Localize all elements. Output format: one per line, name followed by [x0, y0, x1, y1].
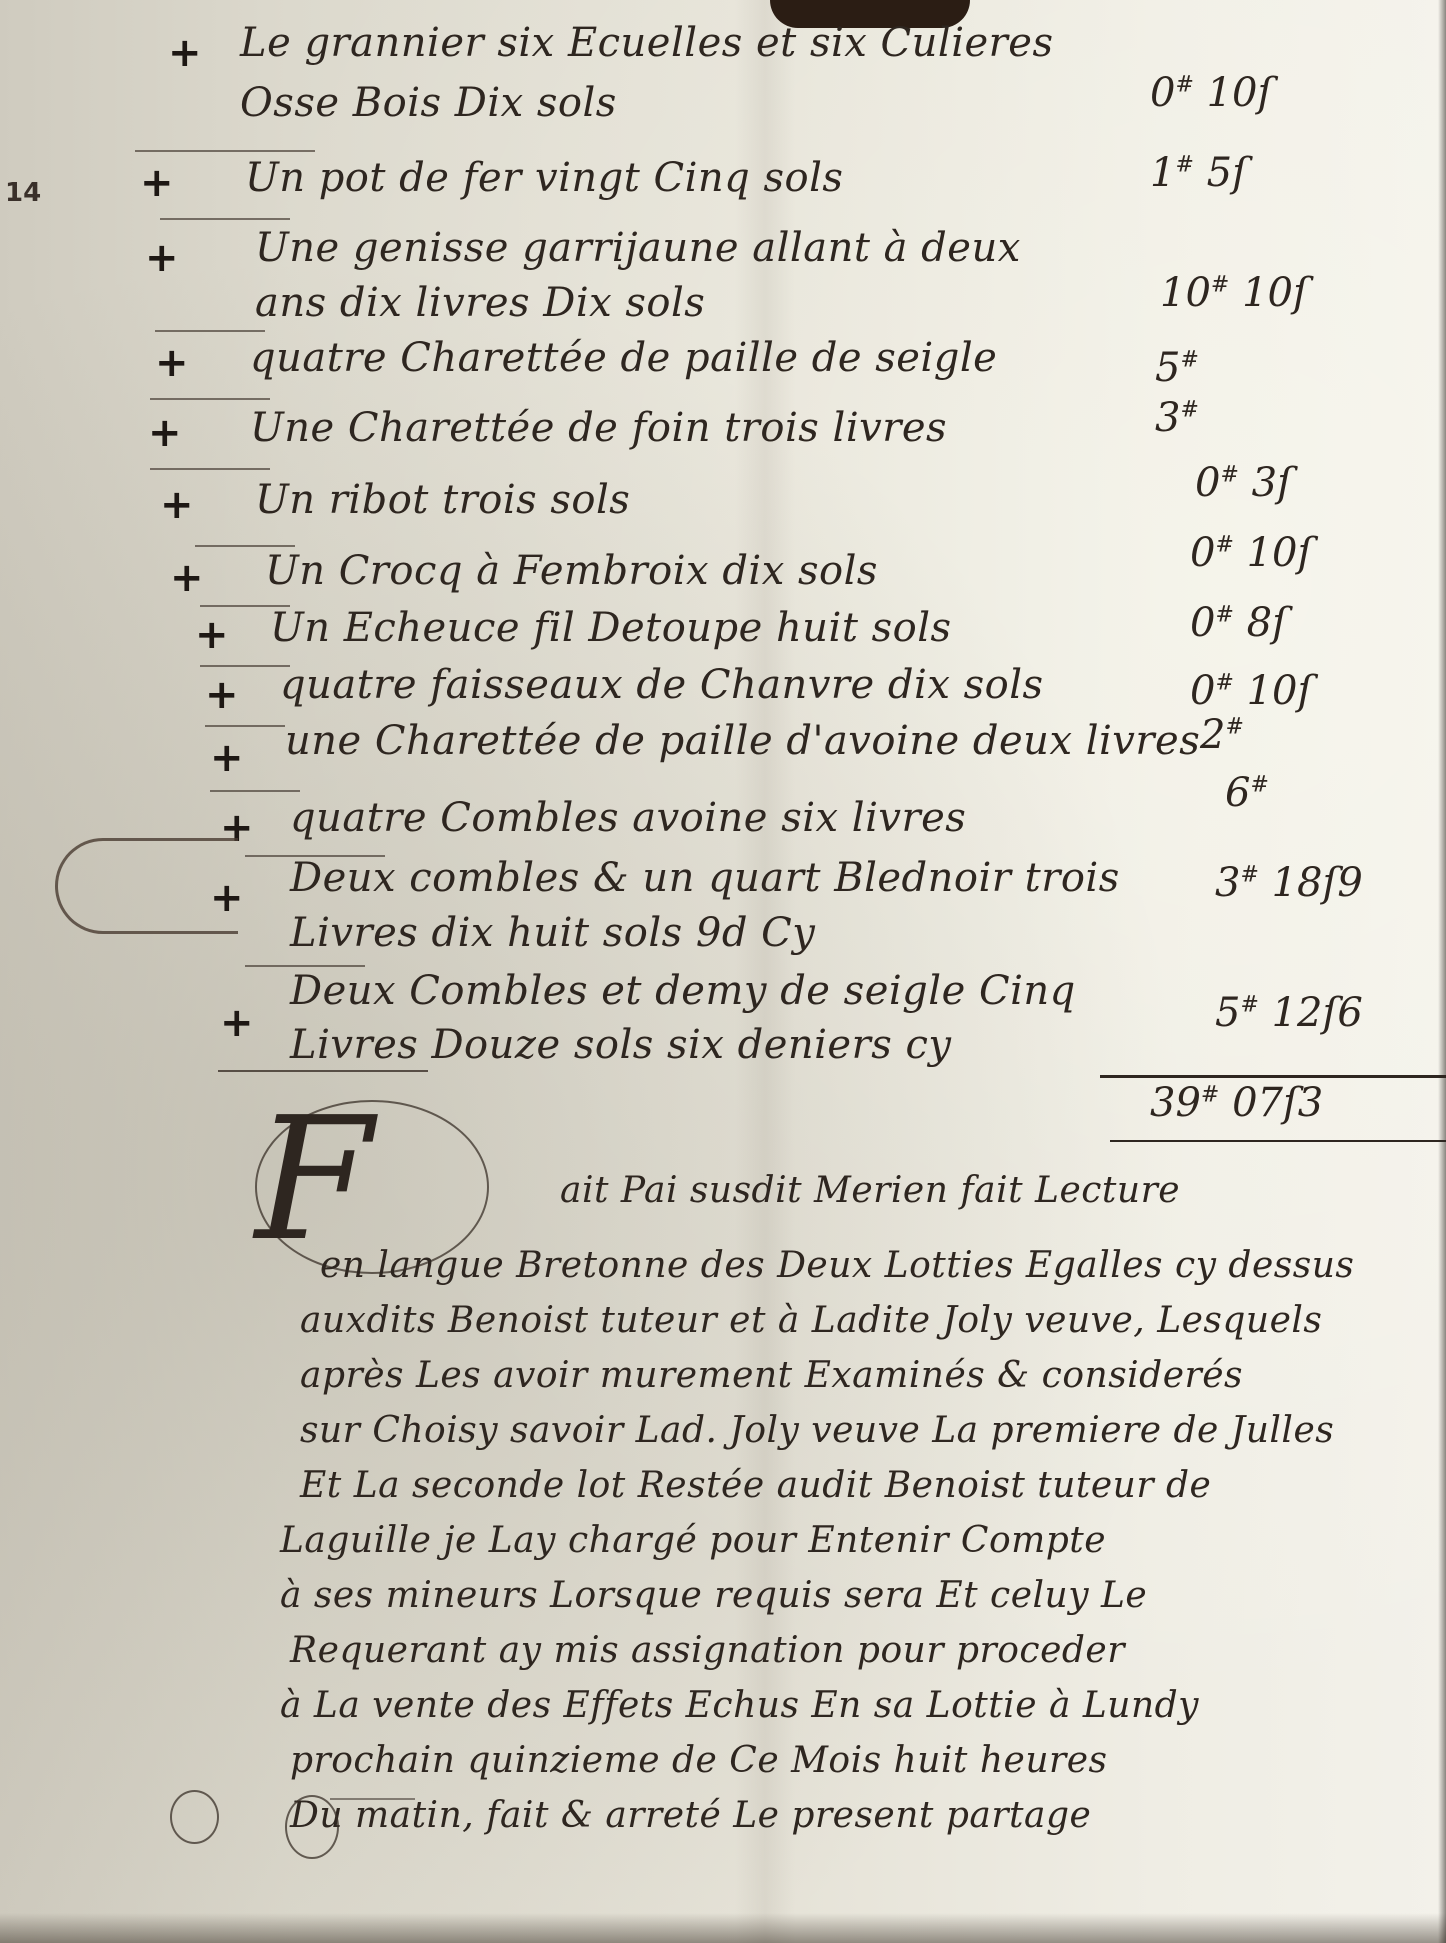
amount-livres: 5	[1155, 345, 1180, 391]
entry-amount: 1# 5ſ	[1150, 150, 1247, 196]
total-deniers: 3	[1298, 1080, 1323, 1126]
entry-amount: 6#	[1225, 770, 1269, 816]
livres-sign: #	[1215, 603, 1233, 628]
amount-livres: 0	[1150, 70, 1175, 116]
total-amount: 39# 07ſ3	[1150, 1080, 1323, 1126]
closing-line: ait Pai susdit Merien fait Lecture	[560, 1170, 1180, 1211]
sols-sign: ſ	[1272, 600, 1287, 646]
total-underline	[1110, 1140, 1446, 1142]
closing-line: sur Choisy savoir Lad. Joly veuve La pre…	[300, 1410, 1334, 1451]
entry-line: Une genisse garrijaune allant à deux	[255, 225, 1021, 271]
margin-mark: 14	[5, 178, 41, 208]
amount-livres: 3	[1155, 395, 1180, 441]
closing-line: prochain quinzieme de Ce Mois huit heure…	[290, 1740, 1108, 1781]
sols-sign: ſ	[1283, 1080, 1298, 1126]
entry-mark: +	[160, 482, 194, 528]
livres-sign: #	[1180, 348, 1198, 373]
closing-line: Et La seconde lot Restée audit Benoist t…	[300, 1465, 1211, 1506]
amount-deniers: 6	[1337, 990, 1362, 1036]
entry-mark: +	[210, 875, 244, 921]
amount-sols: 12	[1272, 990, 1323, 1036]
divider	[205, 725, 285, 727]
entry-line: une Charettée de paille d'avoine deux li…	[285, 718, 1200, 764]
amount-livres: 0	[1190, 668, 1215, 714]
amount-sols: 10	[1242, 270, 1293, 316]
entry-line: Une Charettée de foin trois livres	[250, 405, 947, 451]
amount-livres: 6	[1225, 770, 1250, 816]
sols-sign: ſ	[1258, 70, 1273, 116]
sols-sign: ſ	[1293, 270, 1308, 316]
divider	[160, 218, 290, 220]
amount-sols: 5	[1207, 150, 1232, 196]
livres-sign: #	[1225, 715, 1243, 740]
manuscript-page: 14 + Le grannier six Ecuelles et six Cul…	[0, 0, 1446, 1943]
divider	[218, 1070, 428, 1072]
amount-livres: 2	[1200, 712, 1225, 758]
entry-amount: 0# 8ſ	[1190, 600, 1287, 646]
sols-sign: ſ	[1298, 530, 1313, 576]
entry-line: Un Crocq à Fembroix dix sols	[265, 548, 878, 594]
page-bottom-shadow	[0, 1913, 1446, 1943]
entry-amount: 0# 3ſ	[1195, 460, 1292, 506]
entry-mark: +	[170, 555, 204, 601]
livres-sign: #	[1175, 73, 1193, 98]
entry-line: Livres dix huit sols 9d Cy	[290, 910, 815, 956]
closing-line: à La vente des Effets Echus En sa Lottie…	[280, 1685, 1199, 1726]
entry-mark: +	[168, 30, 202, 76]
entry-amount: 10# 10ſ	[1160, 270, 1308, 316]
divider	[200, 665, 290, 667]
entry-mark: +	[155, 340, 189, 386]
end-flourish	[285, 1795, 339, 1859]
entry-line: quatre faisseaux de Chanvre dix sols	[280, 662, 1044, 708]
entry-amount: 5#	[1155, 345, 1199, 391]
entry-mark: +	[140, 160, 174, 206]
closing-line: à ses mineurs Lorsque requis sera Et cel…	[280, 1575, 1147, 1616]
livres-sign: #	[1240, 863, 1258, 888]
divider	[210, 790, 300, 792]
entry-line: Livres Douze sols six deniers cy	[290, 1022, 951, 1068]
total-livres: 39	[1150, 1080, 1201, 1126]
end-flourish	[170, 1790, 219, 1844]
entry-line: Un Echeuce fil Detoupe huit sols	[270, 605, 952, 651]
entry-line: Osse Bois Dix sols	[240, 80, 617, 126]
livres-sign: #	[1240, 993, 1258, 1018]
amount-sols: 10	[1247, 668, 1298, 714]
closing-line: après Les avoir murement Examinés & cons…	[300, 1355, 1243, 1396]
entry-line: quatre Charettée de paille de seigle	[250, 335, 997, 381]
entry-line: Deux Combles et demy de seigle Cinq	[290, 968, 1076, 1014]
divider	[135, 150, 315, 152]
divider	[150, 468, 270, 470]
sols-sign: ſ	[1277, 460, 1292, 506]
entry-line: Un pot de fer vingt Cinq sols	[245, 155, 843, 201]
entry-amount: 2#	[1200, 712, 1244, 758]
amount-sols: 18	[1272, 860, 1323, 906]
entry-line: quatre Combles avoine six livres	[290, 795, 966, 841]
total-rule	[1100, 1075, 1446, 1078]
closing-line: auxdits Benoist tuteur et à Ladite Joly …	[300, 1300, 1322, 1341]
entry-amount: 3# 18ſ9	[1215, 860, 1363, 906]
entry-mark: +	[148, 410, 182, 456]
divider	[245, 965, 365, 967]
entry-amount: 0# 10ſ	[1150, 70, 1272, 116]
amount-livres: 0	[1190, 600, 1215, 646]
livres-sign: #	[1215, 533, 1233, 558]
drop-cap: F	[255, 1095, 373, 1265]
amount-deniers: 9	[1337, 860, 1362, 906]
amount-livres: 3	[1215, 860, 1240, 906]
sols-sign: ſ	[1298, 668, 1313, 714]
amount-livres: 10	[1160, 270, 1211, 316]
entry-amount: 3#	[1155, 395, 1199, 441]
amount-sols: 10	[1247, 530, 1298, 576]
entry-amount: 0# 10ſ	[1190, 530, 1312, 576]
amount-sols: 8	[1247, 600, 1272, 646]
entry-line: Deux combles & un quart Blednoir trois	[290, 855, 1120, 901]
livres-sign: #	[1180, 398, 1198, 423]
divider	[195, 545, 295, 547]
entry-mark: +	[195, 612, 229, 658]
entry-line: ans dix livres Dix sols	[255, 280, 705, 326]
livres-sign: #	[1211, 273, 1229, 298]
entry-line: Un ribot trois sols	[255, 477, 630, 523]
sols-sign: ſ	[1323, 990, 1338, 1036]
entry-mark: +	[210, 735, 244, 781]
total-sols: 07	[1232, 1080, 1283, 1126]
entry-mark: +	[220, 1000, 254, 1046]
livres-sign: #	[1250, 773, 1268, 798]
closing-line: Du matin, fait & arreté Le present parta…	[290, 1795, 1091, 1836]
livres-sign: #	[1220, 463, 1238, 488]
closing-line: Laguille je Lay chargé pour Entenir Comp…	[280, 1520, 1106, 1561]
entry-line: Le grannier six Ecuelles et six Culieres	[240, 20, 1053, 66]
closing-line: Requerant ay mis assignation pour proced…	[290, 1630, 1125, 1671]
sols-sign: ſ	[1232, 150, 1247, 196]
entry-amount: 0# 10ſ	[1190, 668, 1312, 714]
livres-sign: #	[1175, 153, 1193, 178]
amount-livres: 1	[1150, 150, 1175, 196]
entry-mark: +	[205, 672, 239, 718]
entry-mark: +	[145, 235, 179, 281]
livres-sign: #	[1215, 671, 1233, 696]
closing-line: en langue Bretonne des Deux Lotties Egal…	[320, 1245, 1354, 1286]
livres-sign: #	[1201, 1083, 1219, 1108]
amount-livres: 0	[1195, 460, 1220, 506]
divider	[150, 398, 270, 400]
divider	[155, 330, 265, 332]
amount-sols: 3	[1252, 460, 1277, 506]
end-stroke	[330, 1798, 415, 1800]
amount-livres: 5	[1215, 990, 1240, 1036]
entry-amount: 5# 12ſ6	[1215, 990, 1363, 1036]
page-edge-shadow	[1438, 0, 1446, 1943]
amount-sols: 10	[1207, 70, 1258, 116]
sols-sign: ſ	[1323, 860, 1338, 906]
amount-livres: 0	[1190, 530, 1215, 576]
